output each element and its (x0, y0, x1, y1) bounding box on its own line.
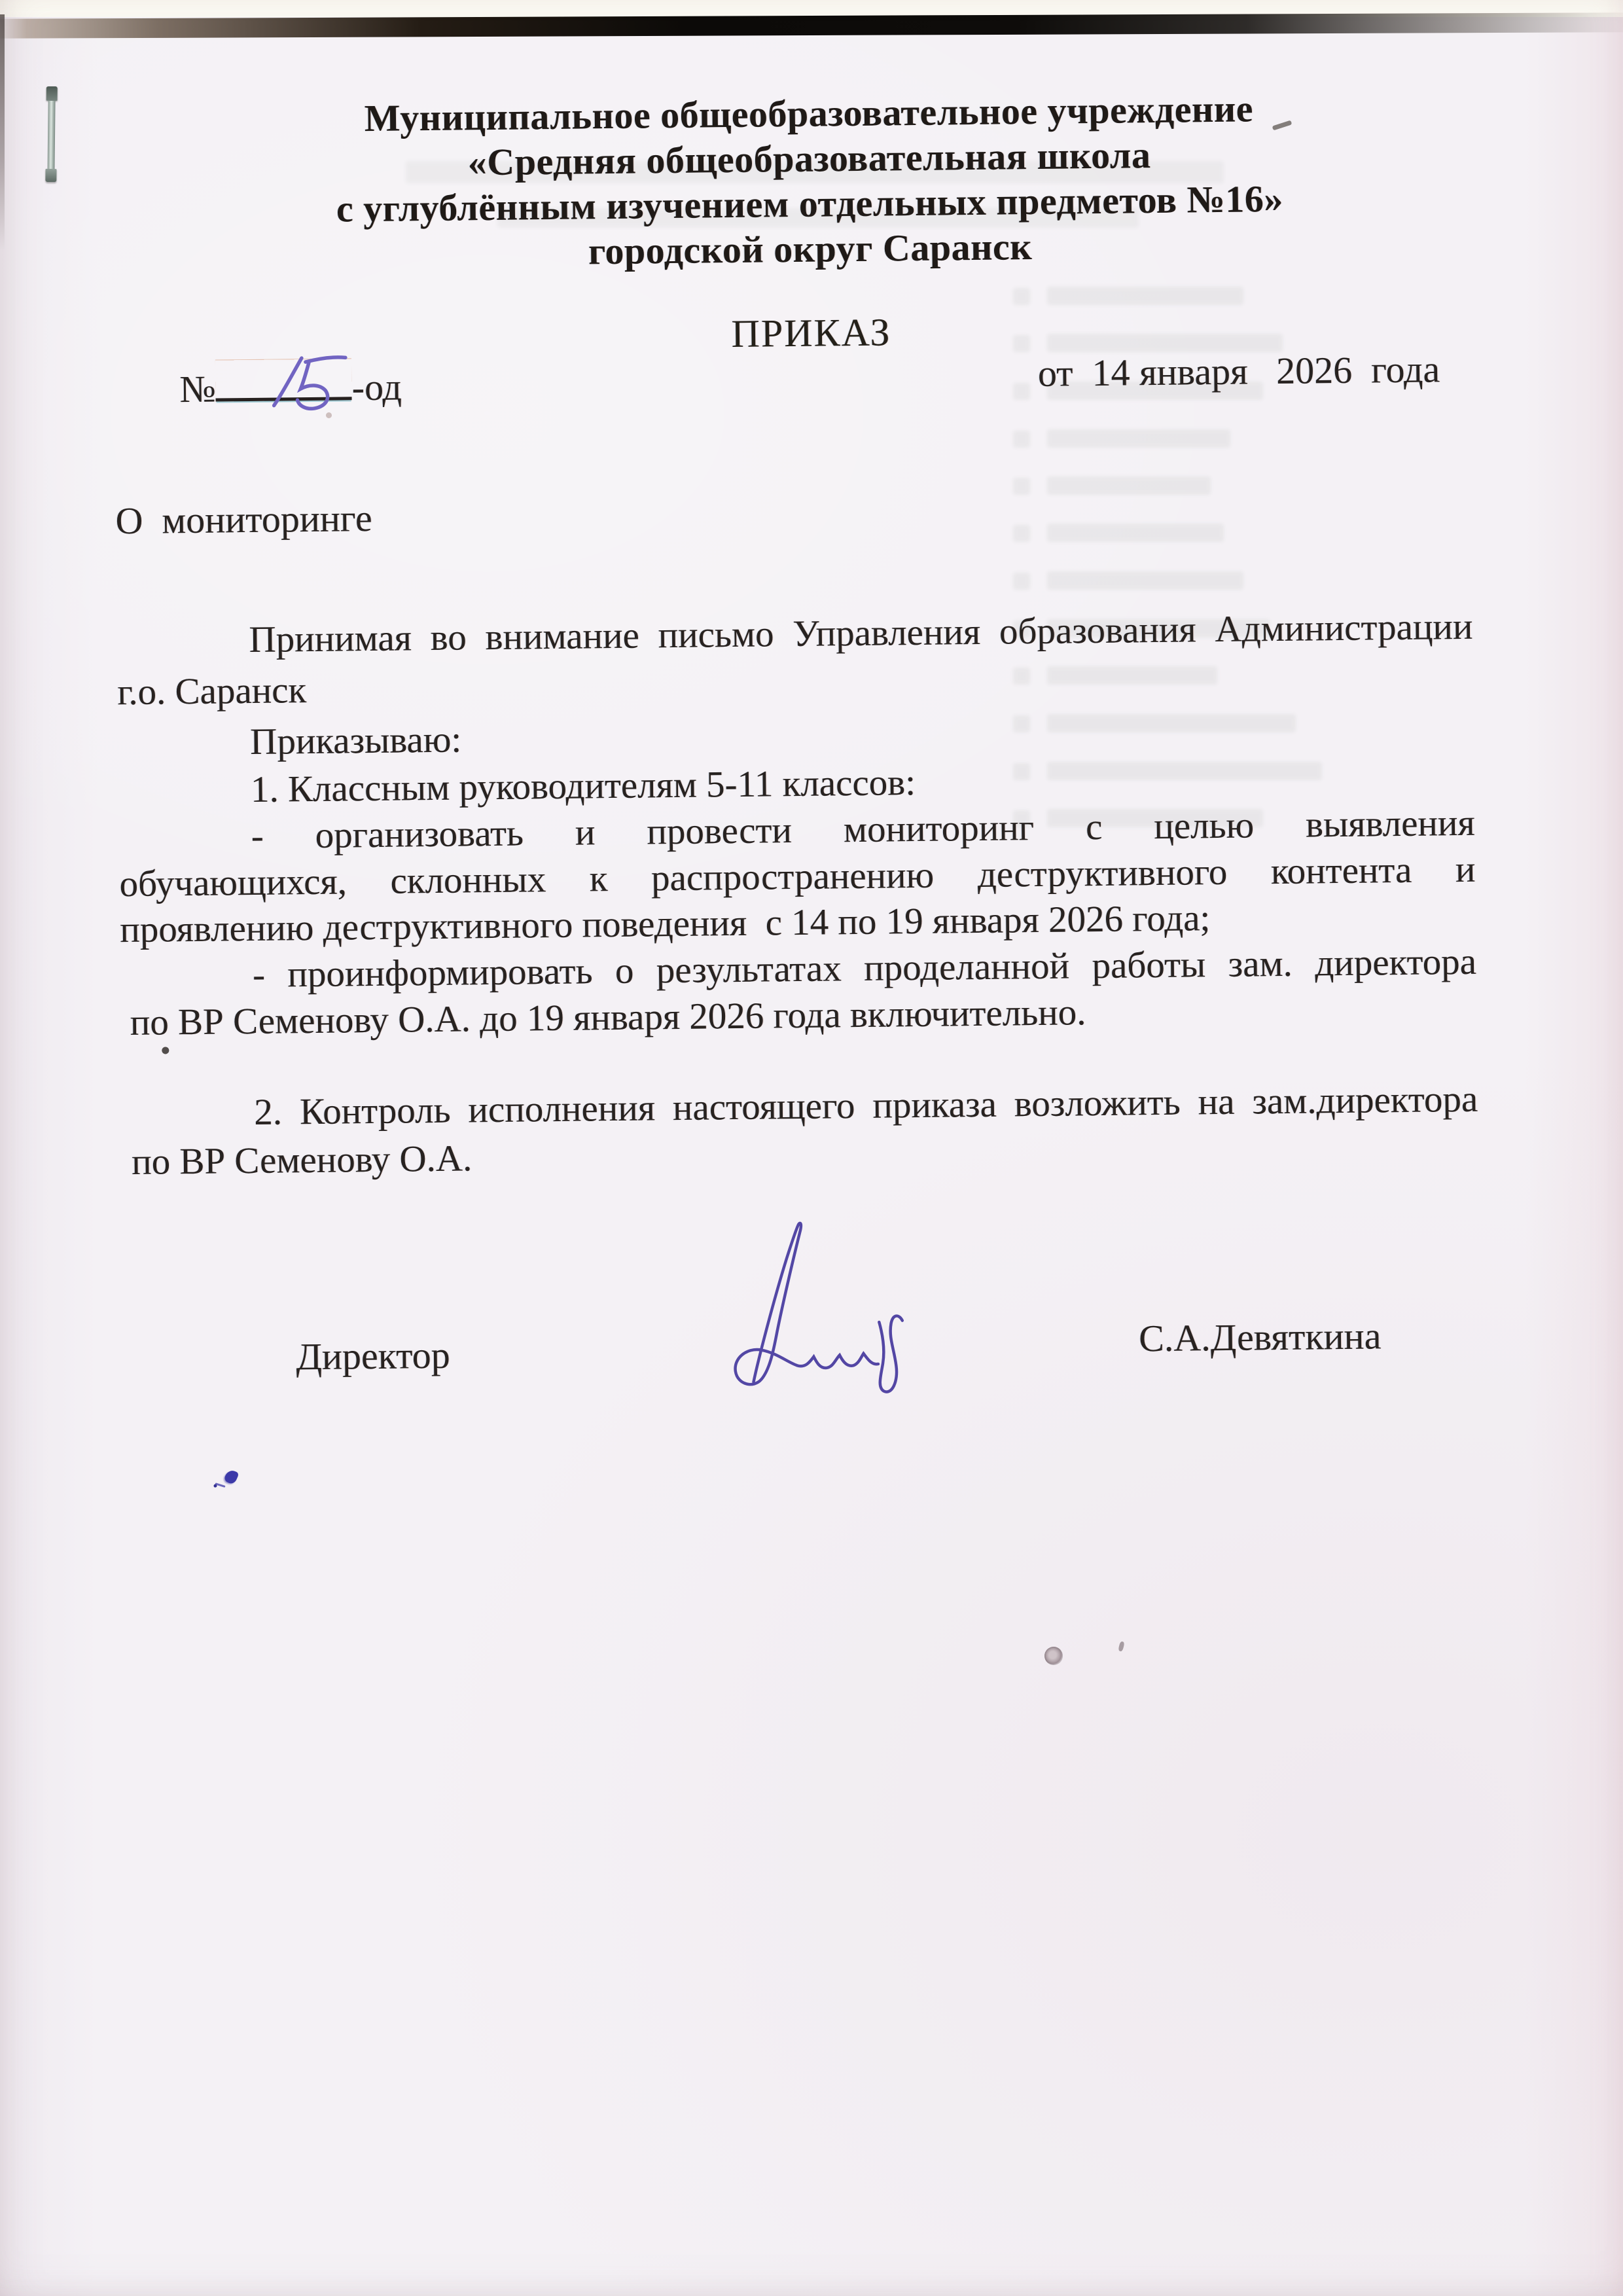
body-line: Приказываю: (250, 717, 462, 765)
scanned-order-document: Муниципальное общеобразовательное учрежд… (0, 0, 1623, 2296)
order-number-row: №-од 15 от 14 января 2026 года (114, 347, 1471, 420)
number-sign: № (179, 368, 216, 411)
body-line: 1. Классным руководителям 5-11 классов: (251, 759, 916, 813)
director-signature-ink (691, 1215, 936, 1397)
body-line: г.о. Саранск (117, 667, 307, 715)
body-line: по ВР Семенову О.А. (132, 1135, 473, 1185)
signature-role: Директор (296, 1333, 450, 1379)
order-subject: О мониторинге (115, 496, 372, 543)
body-line: Принимая во внимание письмо Управления о… (249, 603, 1473, 663)
paper-speck (1044, 1647, 1063, 1665)
pen-blot-artifact (215, 1470, 237, 1487)
printed-content: Муниципальное общеобразовательное учрежд… (0, 0, 1623, 2296)
signature-name: С.А.Девяткина (1139, 1314, 1382, 1360)
paper-speck-faint (326, 412, 332, 418)
letterhead: Муниципальное общеобразовательное учрежд… (111, 83, 1508, 279)
handwritten-number-ink (264, 351, 351, 413)
number-suffix: -од (351, 365, 402, 408)
body-line: по ВР Семенову О.А. до 19 января 2026 го… (130, 989, 1086, 1046)
stray-ink-dot (162, 1047, 169, 1054)
body-line: 2. Контроль исполнения настоящего приказ… (254, 1076, 1478, 1136)
order-date: от 14 января 2026 года (1038, 347, 1440, 395)
